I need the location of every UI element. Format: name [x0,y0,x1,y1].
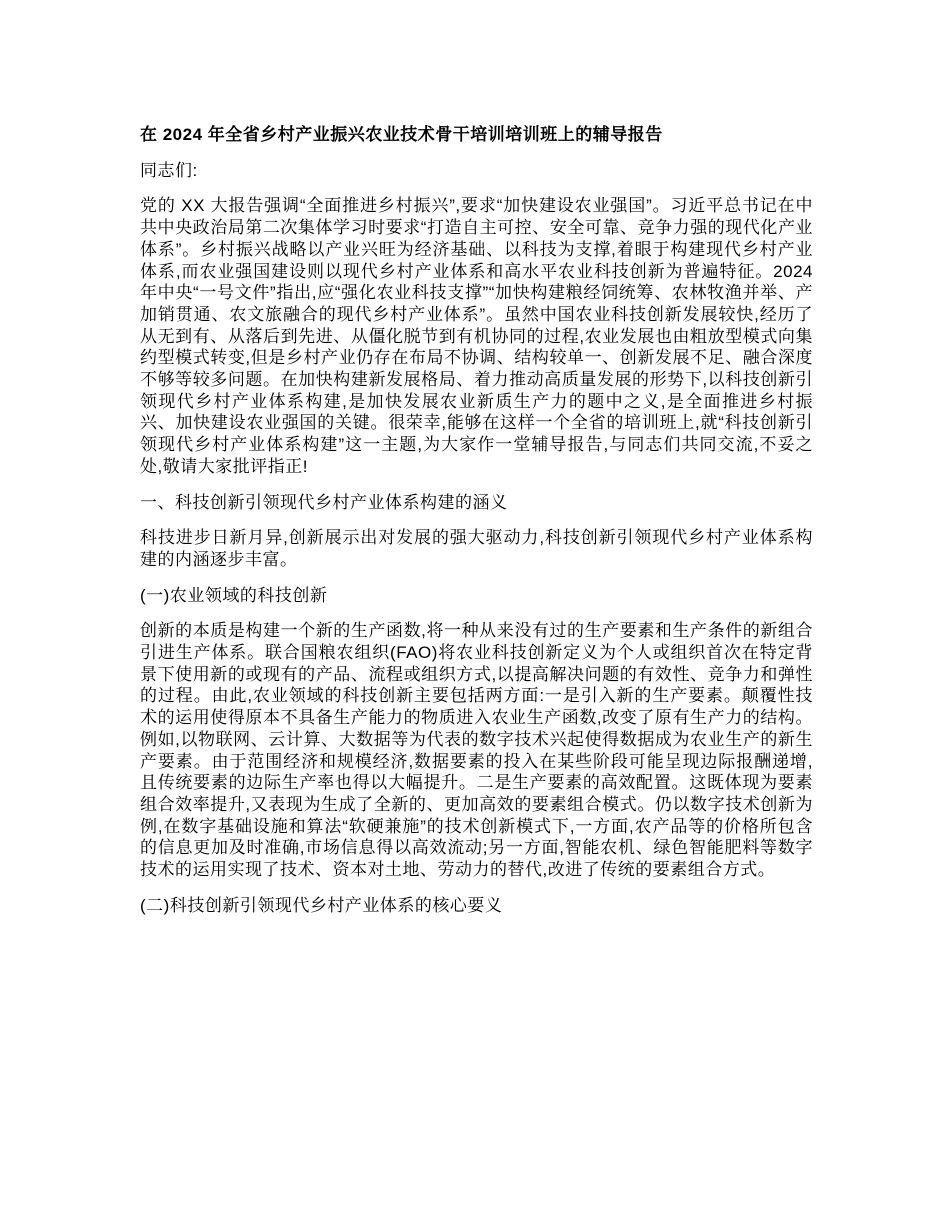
salutation: 同志们: [140,160,813,182]
section-1-paragraph: 科技进步日新月异,创新展示出对发展的强大驱动力,科技创新引领现代乡村产业体系构建… [140,527,813,570]
document-page: 在 2024 年全省乡村产业振兴农业技术骨干培训培训班上的辅导报告 同志们: 党… [0,0,950,1230]
subsection-2-heading: (二)科技创新引领现代乡村产业体系的核心要义 [140,895,813,917]
subsection-1-heading: (一)农业领域的科技创新 [140,585,813,607]
subsection-1-paragraph: 创新的本质是构建一个新的生产函数,将一种从来没有过的生产要素和生产条件的新组合引… [140,620,813,880]
section-1-heading: 一、科技创新引领现代乡村产业体系构建的涵义 [140,492,813,514]
document-title: 在 2024 年全省乡村产业振兴农业技术骨干培训培训班上的辅导报告 [140,124,813,146]
intro-paragraph: 党的 XX 大报告强调“全面推进乡村振兴”,要求“加快建设农业强国”。习近平总书… [140,195,813,477]
